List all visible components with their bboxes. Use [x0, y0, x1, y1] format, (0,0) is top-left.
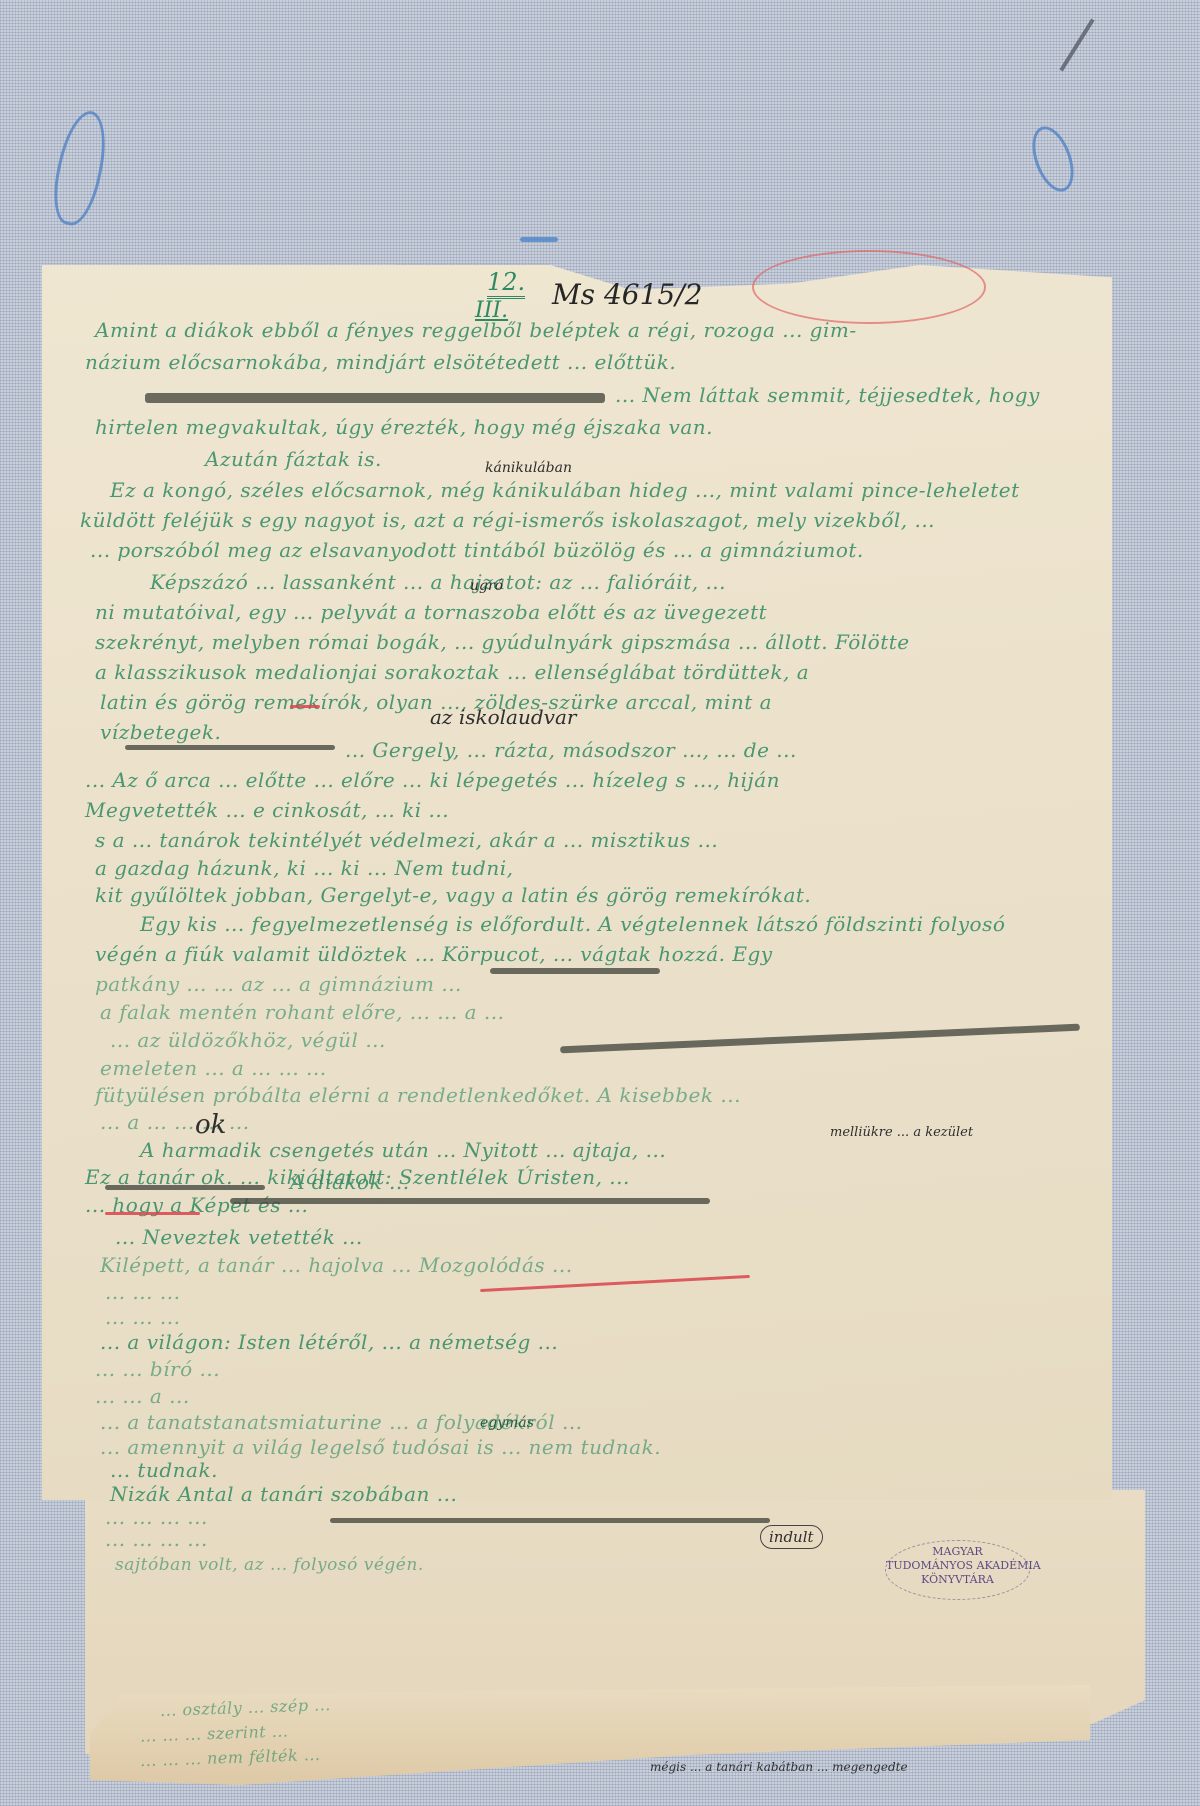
margin-annotation: ok: [195, 1110, 226, 1140]
manuscript-line: végén a fiúk valamit üldöztek ... Körpuc…: [95, 942, 773, 966]
strikeout: [490, 968, 660, 974]
margin-annotation: egymás: [480, 1415, 534, 1431]
blue-pencil-dash: [520, 237, 558, 242]
strikeout: [230, 1198, 710, 1204]
manuscript-line: emeleten ... a ... ... ...: [100, 1056, 327, 1080]
page-number: 12.: [487, 268, 525, 299]
margin-annotation: melliükre ... a kezület: [830, 1125, 973, 1140]
manuscript-line: a falak mentén rohant előre, ... ... a .…: [100, 1000, 504, 1024]
manuscript-line: ... ... a ...: [95, 1384, 190, 1408]
red-underline: [105, 1212, 200, 1215]
red-insertion-mark: [290, 705, 320, 708]
manuscript-line: ni mutatóival, egy ... pelyvát a tornasz…: [95, 600, 767, 624]
blue-pencil-mark-right: [1024, 121, 1081, 197]
manuscript-line: s a ... tanárok tekintélyét védelmezi, a…: [95, 828, 718, 852]
manuscript-line: Egy kis ... fegyelmezetlenség is előford…: [140, 912, 1005, 936]
manuscript-line: Ez a kongó, széles előcsarnok, még kánik…: [110, 478, 1020, 502]
manuscript-line: Képszázó ... lassanként ... a hajzatot: …: [150, 570, 726, 594]
wavy-strikeout: [125, 745, 335, 750]
wavy-strikeout: [105, 1185, 265, 1190]
manuscript-line: a klasszikusok medalionjai sorakoztak ..…: [95, 660, 809, 684]
manuscript-line: A diákok ...: [290, 1170, 410, 1194]
manuscript-line: ... ... ... ...: [105, 1505, 208, 1529]
manuscript-line: ... Az ő arca ... előtte ... előre ... k…: [85, 768, 780, 792]
stamp-line: KÖNYVTÁRA: [886, 1573, 1029, 1587]
manuscript-line: ... ... bíró ...: [95, 1357, 220, 1381]
manuscript-line: Amint a diákok ebből a fényes reggelből …: [95, 318, 857, 342]
margin-annotation: kánikulában: [485, 460, 572, 476]
manuscript-line: ... az üldözőkhöz, végül ...: [110, 1028, 386, 1052]
strikeout: [330, 1518, 770, 1523]
scribble-strikeout: [145, 393, 605, 403]
manuscript-line: ... ... ...: [105, 1280, 180, 1304]
margin-annotation: indult: [760, 1525, 823, 1549]
manuscript-line: ... porszóból meg az elsavanyodott tintá…: [90, 538, 864, 562]
blue-pencil-mark-left: [46, 107, 113, 230]
library-stamp: MAGYAR TUDOMÁNYOS AKADÉMIA KÖNYVTÁRA: [885, 1540, 1030, 1600]
margin-annotation: ugró: [470, 578, 503, 594]
manuscript-line: kit gyűlöltek jobban, Gergelyt-e, vagy a…: [95, 883, 811, 907]
manuscript-line: fütyülésen próbálta elérni a rendetlenke…: [95, 1083, 741, 1107]
manuscript-line: ... a világon: Isten létéről, ... a néme…: [100, 1330, 558, 1354]
margin-annotation: mégis ... a tanári kabátban ... megenged…: [650, 1760, 908, 1774]
pencil-check-mark: [1059, 18, 1094, 71]
manuscript-line: patkány ... ... az ... a gimnázium ...: [95, 972, 462, 996]
stamp-line: MAGYAR: [886, 1545, 1029, 1559]
manuscript-line: szekrényt, melyben római bogák, ... gyúd…: [95, 630, 910, 654]
manuscript-line: ... Neveztek vetették ...: [115, 1225, 363, 1249]
manuscript-line: ... ... ... ...: [105, 1527, 208, 1551]
stamp-line: TUDOMÁNYOS AKADÉMIA: [886, 1559, 1029, 1573]
manuscript-line: ... a ... ... ... ...: [100, 1110, 250, 1134]
manuscript-line: ... Gergely, ... rázta, másodszor ..., .…: [345, 738, 797, 762]
manuscript-line: Megvetették ... e cinkosát, ... ki ...: [85, 798, 449, 822]
manuscript-line: názium előcsarnokába, mindjárt elsötéted…: [85, 350, 676, 374]
manuscript-line: ... ... ...: [105, 1305, 180, 1329]
manuscript-line: ... Nem láttak semmit, téjjesedtek, hogy: [615, 383, 1040, 407]
manuscript-line: a gazdag házunk, ki ... ki ... Nem tudni…: [95, 856, 514, 880]
manuscript-line: vízbetegek.: [100, 720, 221, 744]
manuscript-line: ... tudnak.: [110, 1458, 218, 1482]
manuscript-line: A harmadik csengetés után ... Nyitott ..…: [140, 1138, 666, 1162]
manuscript-line: ... amennyit a világ legelső tudósai is …: [100, 1435, 661, 1459]
shelfmark: Ms 4615/2: [552, 278, 702, 311]
margin-annotation: az iskolaudvar: [430, 705, 576, 729]
manuscript-line: Azután fáztak is.: [205, 447, 382, 471]
manuscript-line: Kilépett, a tanár ... hajolva ... Mozgol…: [100, 1253, 573, 1277]
manuscript-line: hirtelen megvakultak, úgy érezték, hogy …: [95, 415, 713, 439]
manuscript-line: sajtóban volt, az ... folyosó végén.: [115, 1555, 424, 1575]
manuscript-line: Nizák Antal a tanári szobában ...: [110, 1482, 457, 1506]
manuscript-line: küldött feléjük s egy nagyot is, azt a r…: [80, 508, 935, 532]
red-circle-mark: [752, 250, 986, 324]
